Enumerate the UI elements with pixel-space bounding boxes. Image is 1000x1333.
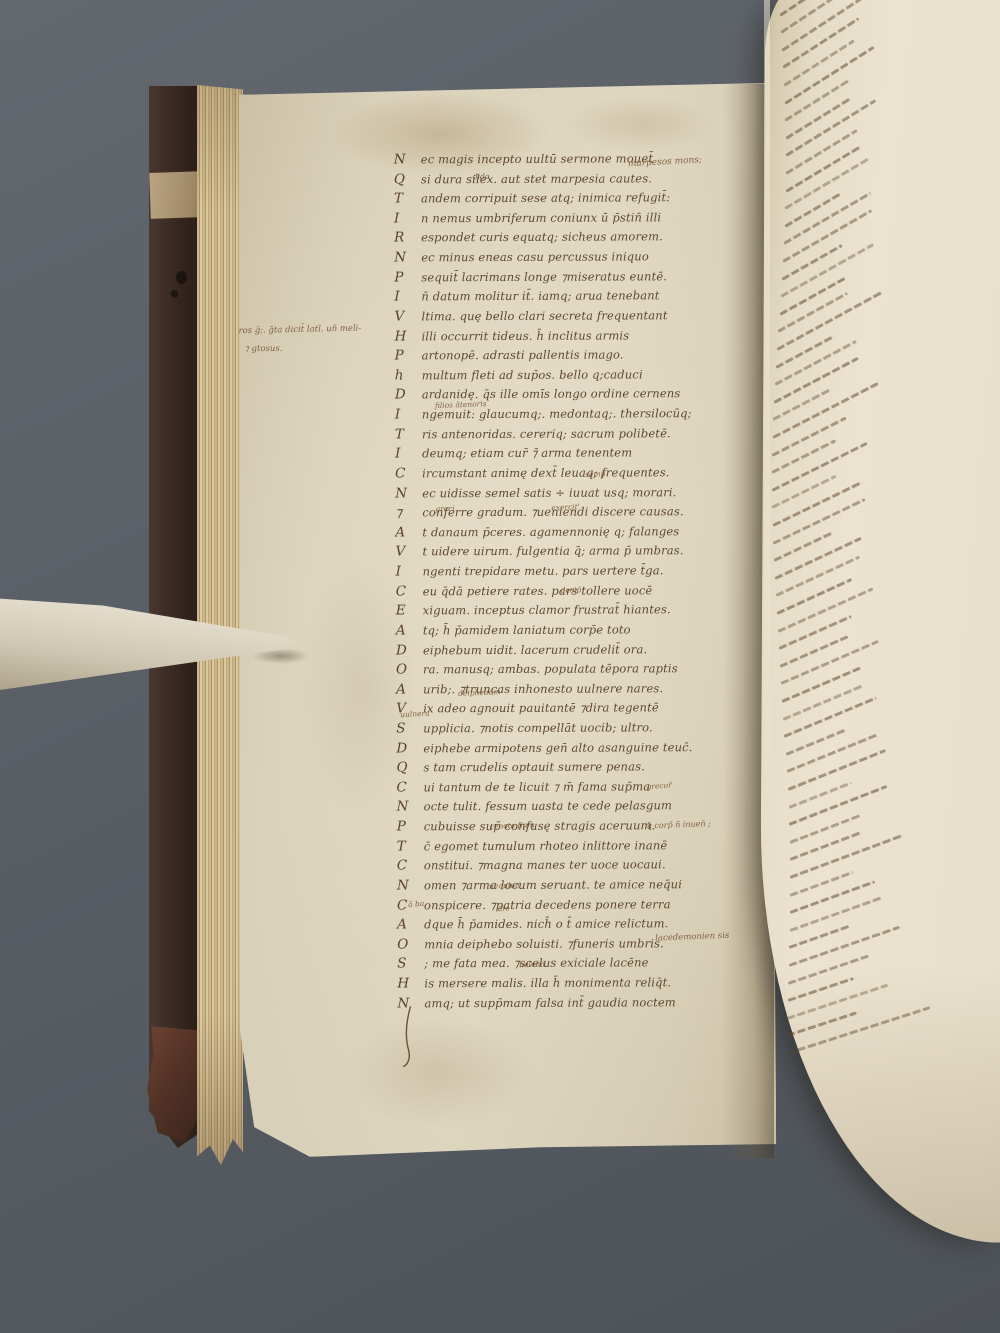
marginal-gloss-left-gloss-2: ⁊ gtosus. [245,344,283,354]
line-initial: N [394,151,421,167]
line-initial: P [397,818,424,834]
manuscript-line: Constitui. ⁊magna manes ter uoce uocaui. [397,853,737,873]
manuscript-line: Vt uidere uirum. fulgentia q̄; arma p̄ u… [395,539,735,559]
line-initial: C [396,779,423,795]
line-initial: S [396,720,423,736]
line-text: onspicere. ⁊patria decedens ponere terra [424,897,671,912]
marginalia: marpesos mons;ros g̃;. g̃ta dicit̄ latī.… [0,0,997,2]
line-initial: N [397,877,424,893]
marginal-gloss-helena: helena [519,959,545,969]
line-initial: T [395,426,422,442]
line-text: artonopē. adrasti pallentis imago. [422,348,624,363]
line-initial: I [395,406,422,422]
manuscript-line: At danaum p̄ceres. agamennonię q; falang… [395,520,735,540]
line-initial: T [397,838,424,854]
photo-of-open-manuscript: Nec magis incepto uultū sermone mouet̄Qs… [0,0,1000,1333]
line-initial: A [396,622,423,638]
line-initial: N [394,249,421,265]
line-initial: I [395,446,422,462]
manuscript-line: Aurib;. ⁊truncas inhonesto uulnere nares… [396,677,736,697]
line-initial: C [397,858,424,874]
manuscript-line: S; me fata mea. ⁊scelus exiciale lacēne [397,951,737,971]
line-initial: H [395,328,422,344]
manuscript-line: Respondet curis equatq; sicheus amorem. [394,225,734,245]
manuscript-line: Ideumq; etiam cur̄ ⁊̄ arma tenentem [395,441,735,461]
line-initial: C [396,583,423,599]
line-text: ngenti trepidare metu. pars uertere t̄ga… [423,563,664,578]
manuscript-line: Tris antenoridas. cereriq; sacrum polibe… [395,422,735,442]
marginal-gloss-semper: semp̄ [585,469,606,479]
line-text: onstitui. ⁊magna manes ter uoce uocaui. [424,858,666,873]
line-text: eiphebum uidit. lacerum crudelit̄ ora. [423,642,647,657]
manuscript-line: Ingenti trepidare metu. pars uertere t̄g… [396,559,736,579]
line-initial: ⁊ [395,504,422,520]
line-text: c̄ egomet tumulum rhoteo inlittore inanē [424,838,668,853]
line-initial: T [394,191,421,207]
manuscript-line: Atq; h̄ p̄amidem laniatum corp̄e toto [396,618,736,638]
manuscript-line: Qsi dura silex. aut stet marpesia cautes… [394,167,734,187]
line-text: sequit̄ lacrimans longe ⁊miseratus euntē… [421,269,667,284]
line-initial: V [394,308,421,324]
line-initial: R [394,230,421,246]
line-initial: h [395,367,422,383]
manuscript-line: Nec uidisse semel satis ÷ iuuat usq; mor… [395,481,735,501]
manuscript-line: Supplicia. ⁊notis compellāt uocib; ultro… [396,716,736,736]
manuscript-line: Deiphebum uidit. lacerum crudelit̄ ora. [396,637,736,657]
manuscript-line: His mersere malis. illa h̄ monimenta rel… [397,971,737,991]
manuscript-line: Hilli occurrit tideus. h̄ inclitus armis [395,324,735,344]
marginal-gloss-greci: greci [435,504,455,514]
line-initial: A [397,917,424,933]
line-initial: H [397,975,424,991]
line-initial: A [395,524,422,540]
line-initial: D [396,740,423,756]
line-initial: O [396,661,423,677]
line-text: si dura silex. aut stet marpesia cautes. [421,171,652,186]
manuscript-line: Namq; ut supp̄mam falsa int̄ gaudia noct… [397,991,737,1011]
line-initial: Q [394,171,421,187]
manuscript-line: Vltima. quę bello clari secreta frequent… [394,304,734,324]
manuscript-line: In nemus umbriferum coniunx ū p̄stin̄ il… [394,206,734,226]
line-text: eu q̄dā petiere rates. pars tollere uocē [423,583,653,598]
manuscript-line: Cui tantum de te licuit ⁊ m̄ fama sup̄ma [396,775,736,795]
line-text: mnia deiphebo soluisti. ⁊funeris umbris. [424,936,664,951]
manuscript-line: Vix adeo agnouit pauitantē ⁊dira tegentē [396,696,736,716]
line-text: cubuisse sup̄ confusę stragis aceruum. [424,818,656,833]
line-text: ec minus eneas casu percussus iniquo [421,249,649,264]
line-text: deumq; etiam cur̄ ⁊̄ arma tenentem [422,446,632,461]
line-initial: V [395,544,422,560]
verse-lines: Nec magis incepto uultū sermone mouet̄Qs… [0,0,997,2]
line-text: tq; h̄ p̄amidem laniatum corp̄e toto [423,622,631,637]
marginal-gloss-exercitus: exercit' [551,502,580,512]
line-text: multum fleti ad sup̄os. bello q;caduci [422,367,643,382]
marginal-gloss-aba: ā ba [408,899,425,909]
line-text: eiphebe armipotens gen̄ alto asanguine t… [423,740,692,755]
line-initial: N [395,485,422,501]
line-text: ec magis incepto uultū sermone mouet̄ [421,151,653,166]
line-text: illi occurrit tideus. h̄ inclitus armis [422,328,630,343]
line-initial: O [397,936,424,952]
line-initial: C [395,465,422,481]
line-text: dque h̄ p̄amides. nich̄ o t̄ amice relic… [424,916,668,931]
line-text: is mersere malis. illa h̄ monimenta reli… [424,975,671,990]
line-text: s tam crudelis optauit sumere penas. [423,760,645,775]
line-initial: D [395,387,422,403]
line-text: andem corripuit sese atq; inimica refugi… [421,190,670,205]
manuscript-line: Deiphebe armipotens gen̄ alto asanguine … [396,736,736,756]
line-initial: N [397,799,424,815]
line-text: xiguam. inceptus clamor frustrat̄ hiante… [423,603,671,618]
manuscript-line: Nocte tulit. fessum uasta te cede pelasg… [397,794,737,814]
manuscript-line: Psequit̄ lacrimans longe ⁊miseratus eunt… [394,265,734,285]
line-initial: P [395,348,422,364]
marginal-gloss-deiphebum: deiphebum [458,687,501,698]
manuscript-line: Exiguam. inceptus clamor frustrat̄ hiant… [396,598,736,618]
line-text: ircumstant animę dext̄ leuaq; frequentes… [422,465,669,480]
marginal-gloss-left-gloss-1: ros g̃;. g̃ta dicit̄ latī. uñ meli- [238,324,361,337]
line-text: n̄ datum molitur it̄. iamq; arua teneban… [421,289,659,304]
line-initial: P [394,269,421,285]
manuscript-line: In̄ datum molitur it̄. iamq; arua teneba… [394,284,734,304]
marginal-gloss-arc: ārc [498,905,510,913]
manuscript-line: Qs tam crudelis optauit sumere penas. [396,755,736,775]
manuscript-line: Tandem corripuit sese atq; inimica refug… [394,186,734,206]
line-text: ui tantum de te licuit ⁊ m̄ fama sup̄ma [423,779,650,794]
marginal-gloss-uulnera: uulnera [400,709,430,720]
marginal-gloss-dido: dido [473,172,490,182]
marginal-gloss-cenotafium: cenota fium [490,820,535,831]
line-initial: I [396,563,423,579]
marginal-gloss-grecorum: grecor̄ [646,780,672,791]
manuscript-line: Conspicere. ⁊patria decedens ponere terr… [397,893,737,913]
line-text: ris antenoridas. cereriq; sacrum polibet… [422,426,671,441]
line-text: amq; ut supp̄mam falsa int̄ gaudia nocte… [424,995,675,1010]
manuscript-line: Tc̄ egomet tumulum rhoteo inlittore inan… [397,834,737,854]
line-initial: I [394,289,421,305]
line-text: upplicia. ⁊notis compellāt uocib; ultro. [423,720,653,735]
line-text: n nemus umbriferum coniunx ū p̄stin̄ ill… [421,210,661,225]
line-initial: E [396,603,423,619]
line-text: ltima. quę bello clari secreta frequenta… [421,308,667,323]
line-text: ra. manusq; ambas. populata tēpora rapti… [423,661,678,676]
line-text: espondet curis equatq; sicheus amorem. [421,230,663,245]
line-text: ix adeo agnouit pauitantē ⁊dira tegentē [423,701,659,716]
line-initial: A [396,681,423,697]
line-initial: S [397,956,424,972]
manuscript-line: Nomen ⁊arma locum seruant. te amice neq̄… [397,873,737,893]
line-initial: I [394,210,421,226]
manuscript-line: Nec minus eneas casu percussus iniquo [394,245,734,265]
line-text: octe tulit. fessum uasta te cede pelasgu… [424,799,673,814]
descender-flourish [400,1006,418,1068]
manuscript-line: Circumstant animę dext̄ leuaq; frequente… [395,461,735,481]
line-text: ec uidisse semel satis ÷ iuuat usq; mora… [422,485,676,500]
line-text: t uidere uirum. fulgentia q̄; arma p̄ um… [422,544,683,559]
line-text: t danaum p̄ceres. agamennonię q; falange… [422,524,679,539]
manuscript-line: Partonopē. adrasti pallentis imago. [395,343,735,363]
manuscript-line: hmultum fleti ad sup̄os. bello q;caduci [395,363,735,383]
line-initial: Q [396,760,423,776]
marginal-gloss-nequiua: nequiua [489,880,520,890]
line-text: omen ⁊arma locum seruant. te amice neq̄u… [424,877,682,892]
marginal-gloss-decipit: decip̄ [560,585,581,595]
line-initial: D [396,642,423,658]
manuscript-line: Ora. manusq; ambas. populata tēpora rapt… [396,657,736,677]
manuscript-line: Adque h̄ p̄amides. nich̄ o t̄ amice reli… [397,912,737,932]
